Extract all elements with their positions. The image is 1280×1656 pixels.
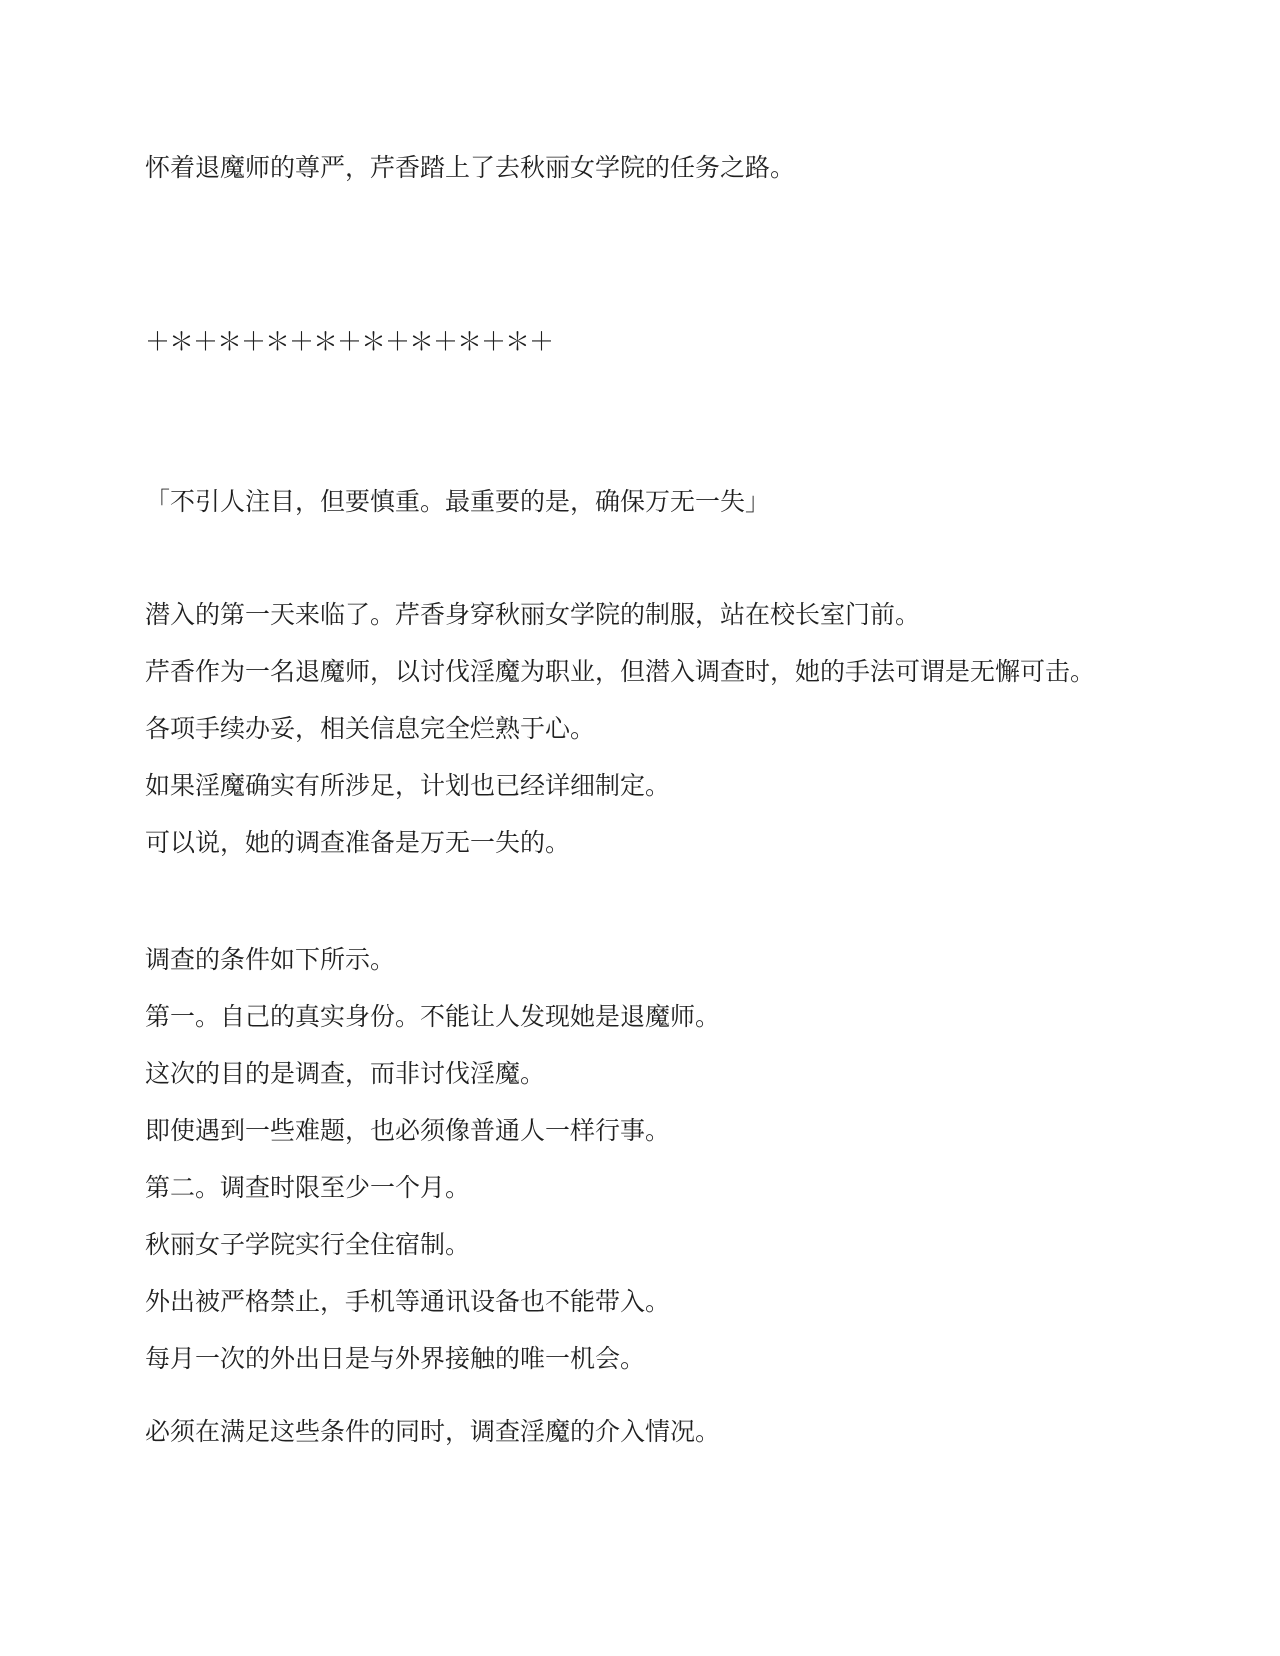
paragraph-line: 每月一次的外出日是与外界接触的唯一机会。 (145, 1344, 1170, 1376)
paragraph-line: 调查的条件如下所示。 (145, 945, 1170, 977)
paragraph-line: 潜入的第一天来临了。芹香身穿秋丽女学院的制服，站在校长室门前。 (145, 600, 1170, 632)
paragraph-line: 即使遇到一些难题，也必须像普通人一样行事。 (145, 1116, 1170, 1148)
paragraph-line: 必须在满足这些条件的同时，调查淫魔的介入情况。 (145, 1417, 1170, 1449)
paragraph-line: 怀着退魔师的尊严，芹香踏上了去秋丽女学院的任务之路。 (145, 153, 1170, 185)
paragraph-line: 芹香作为一名退魔师，以讨伐淫魔为职业，但潜入调查时，她的手法可谓是无懈可击。 (145, 657, 1170, 689)
paragraph-line: 如果淫魔确实有所涉足，计划也已经详细制定。 (145, 771, 1170, 803)
paragraph-line: 各项手续办妥，相关信息完全烂熟于心。 (145, 714, 1170, 746)
paragraph-line: 秋丽女子学院实行全住宿制。 (145, 1230, 1170, 1262)
paragraph-line: 第一。自己的真实身份。不能让人发现她是退魔师。 (145, 1002, 1170, 1034)
document-page: 怀着退魔师的尊严，芹香踏上了去秋丽女学院的任务之路。 ＋＊＋＊＋＊＋＊＋＊＋＊＋… (0, 0, 1280, 1656)
paragraph-line: 外出被严格禁止，手机等通讯设备也不能带入。 (145, 1287, 1170, 1319)
dialogue-line: 「不引人注目，但要慎重。最重要的是，确保万无一失」 (145, 487, 1170, 519)
paragraph-line: 第二。调查时限至少一个月。 (145, 1173, 1170, 1205)
paragraph-line: 这次的目的是调查，而非讨伐淫魔。 (145, 1059, 1170, 1091)
decorative-separator: ＋＊＋＊＋＊＋＊＋＊＋＊＋＊＋＊＋ (145, 327, 1170, 359)
paragraph-line: 可以说，她的调查准备是万无一失的。 (145, 828, 1170, 860)
